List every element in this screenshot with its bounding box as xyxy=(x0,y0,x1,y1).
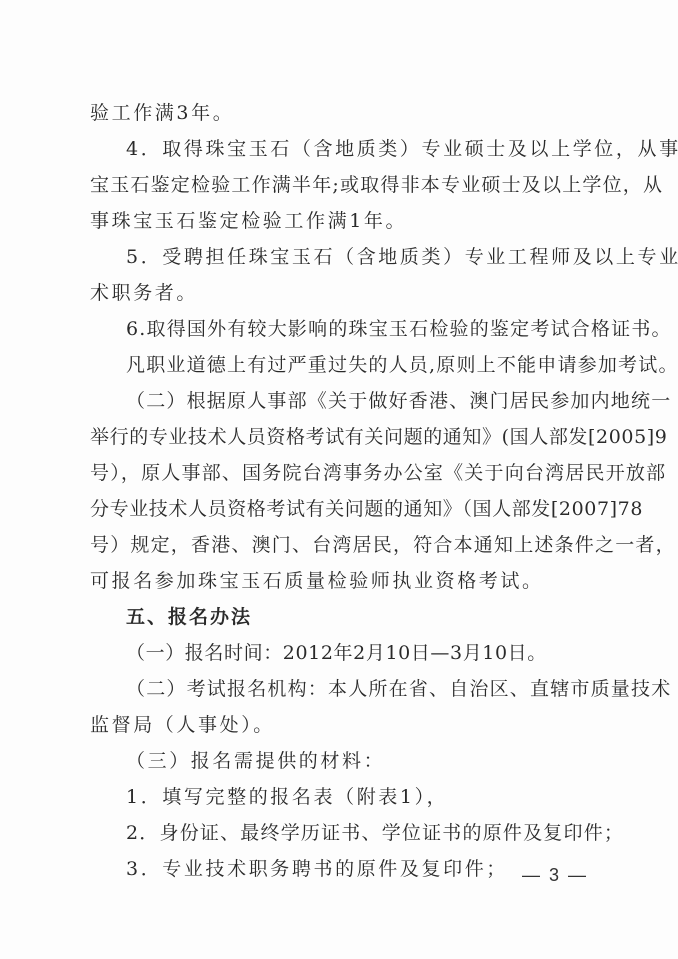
paragraph-line: 号）规定，香港、澳门、台湾居民，符合本通知上述条件之一者， xyxy=(90,533,590,557)
paragraph-line: 验工作满3年。 xyxy=(90,101,590,125)
paragraph-line: 分专业技术人员资格考试有关问题的通知》（国人部发[2007]78 xyxy=(90,497,590,521)
section-2-line: （二）根据原人事部《关于做好香港、澳门居民参加内地统一 xyxy=(126,389,626,413)
paragraph-line: 事珠宝玉石鉴定检验工作满1年。 xyxy=(90,209,590,233)
list-item-5-line: 5．受聘担任珠宝玉石（含地质类）专业工程师及以上专业技 xyxy=(126,245,626,269)
list-item-4-line: 4．取得珠宝玉石（含地质类）专业硕士及以上学位，从事珠 xyxy=(126,137,626,161)
materials-heading-line: （三）报名需提供的材料： xyxy=(126,749,626,773)
section-heading: 五、报名办法 xyxy=(126,605,626,629)
paragraph-line: 凡职业道德上有过严重过失的人员,原则上不能申请参加考试。 xyxy=(126,353,626,377)
paragraph-line: 监督局（人事处）。 xyxy=(90,713,590,737)
paragraph-line: 宝玉石鉴定检验工作满半年;或取得非本专业硕士及以上学位，从 xyxy=(90,173,590,197)
paragraph-line: 号），原人事部、国务院台湾事务办公室《关于向台湾居民开放部 xyxy=(90,461,590,485)
registration-agency-line: （二）考试报名机构：本人所在省、自治区、直辖市质量技术 xyxy=(126,677,626,701)
paragraph-line: 可报名参加珠宝玉石质量检验师执业资格考试。 xyxy=(90,569,590,593)
material-item-1: 1．填写完整的报名表（附表1）， xyxy=(126,785,626,809)
document-page: 验工作满3年。 4．取得珠宝玉石（含地质类）专业硕士及以上学位，从事珠 宝玉石鉴… xyxy=(0,0,678,959)
page-number: — 3 — xyxy=(522,863,588,887)
material-item-2: 2．身份证、最终学历证书、学位证书的原件及复印件； xyxy=(126,821,626,845)
list-item-6-line: 6.取得国外有较大影响的珠宝玉石检验的鉴定考试合格证书。 xyxy=(126,317,626,341)
paragraph-line: 举行的专业技术人员资格考试有关问题的通知》(国人部发[2005]9 xyxy=(90,425,590,449)
registration-time-line: （一）报名时间：2012年2月10日—3月10日。 xyxy=(126,641,626,665)
paragraph-line: 术职务者。 xyxy=(90,281,590,305)
